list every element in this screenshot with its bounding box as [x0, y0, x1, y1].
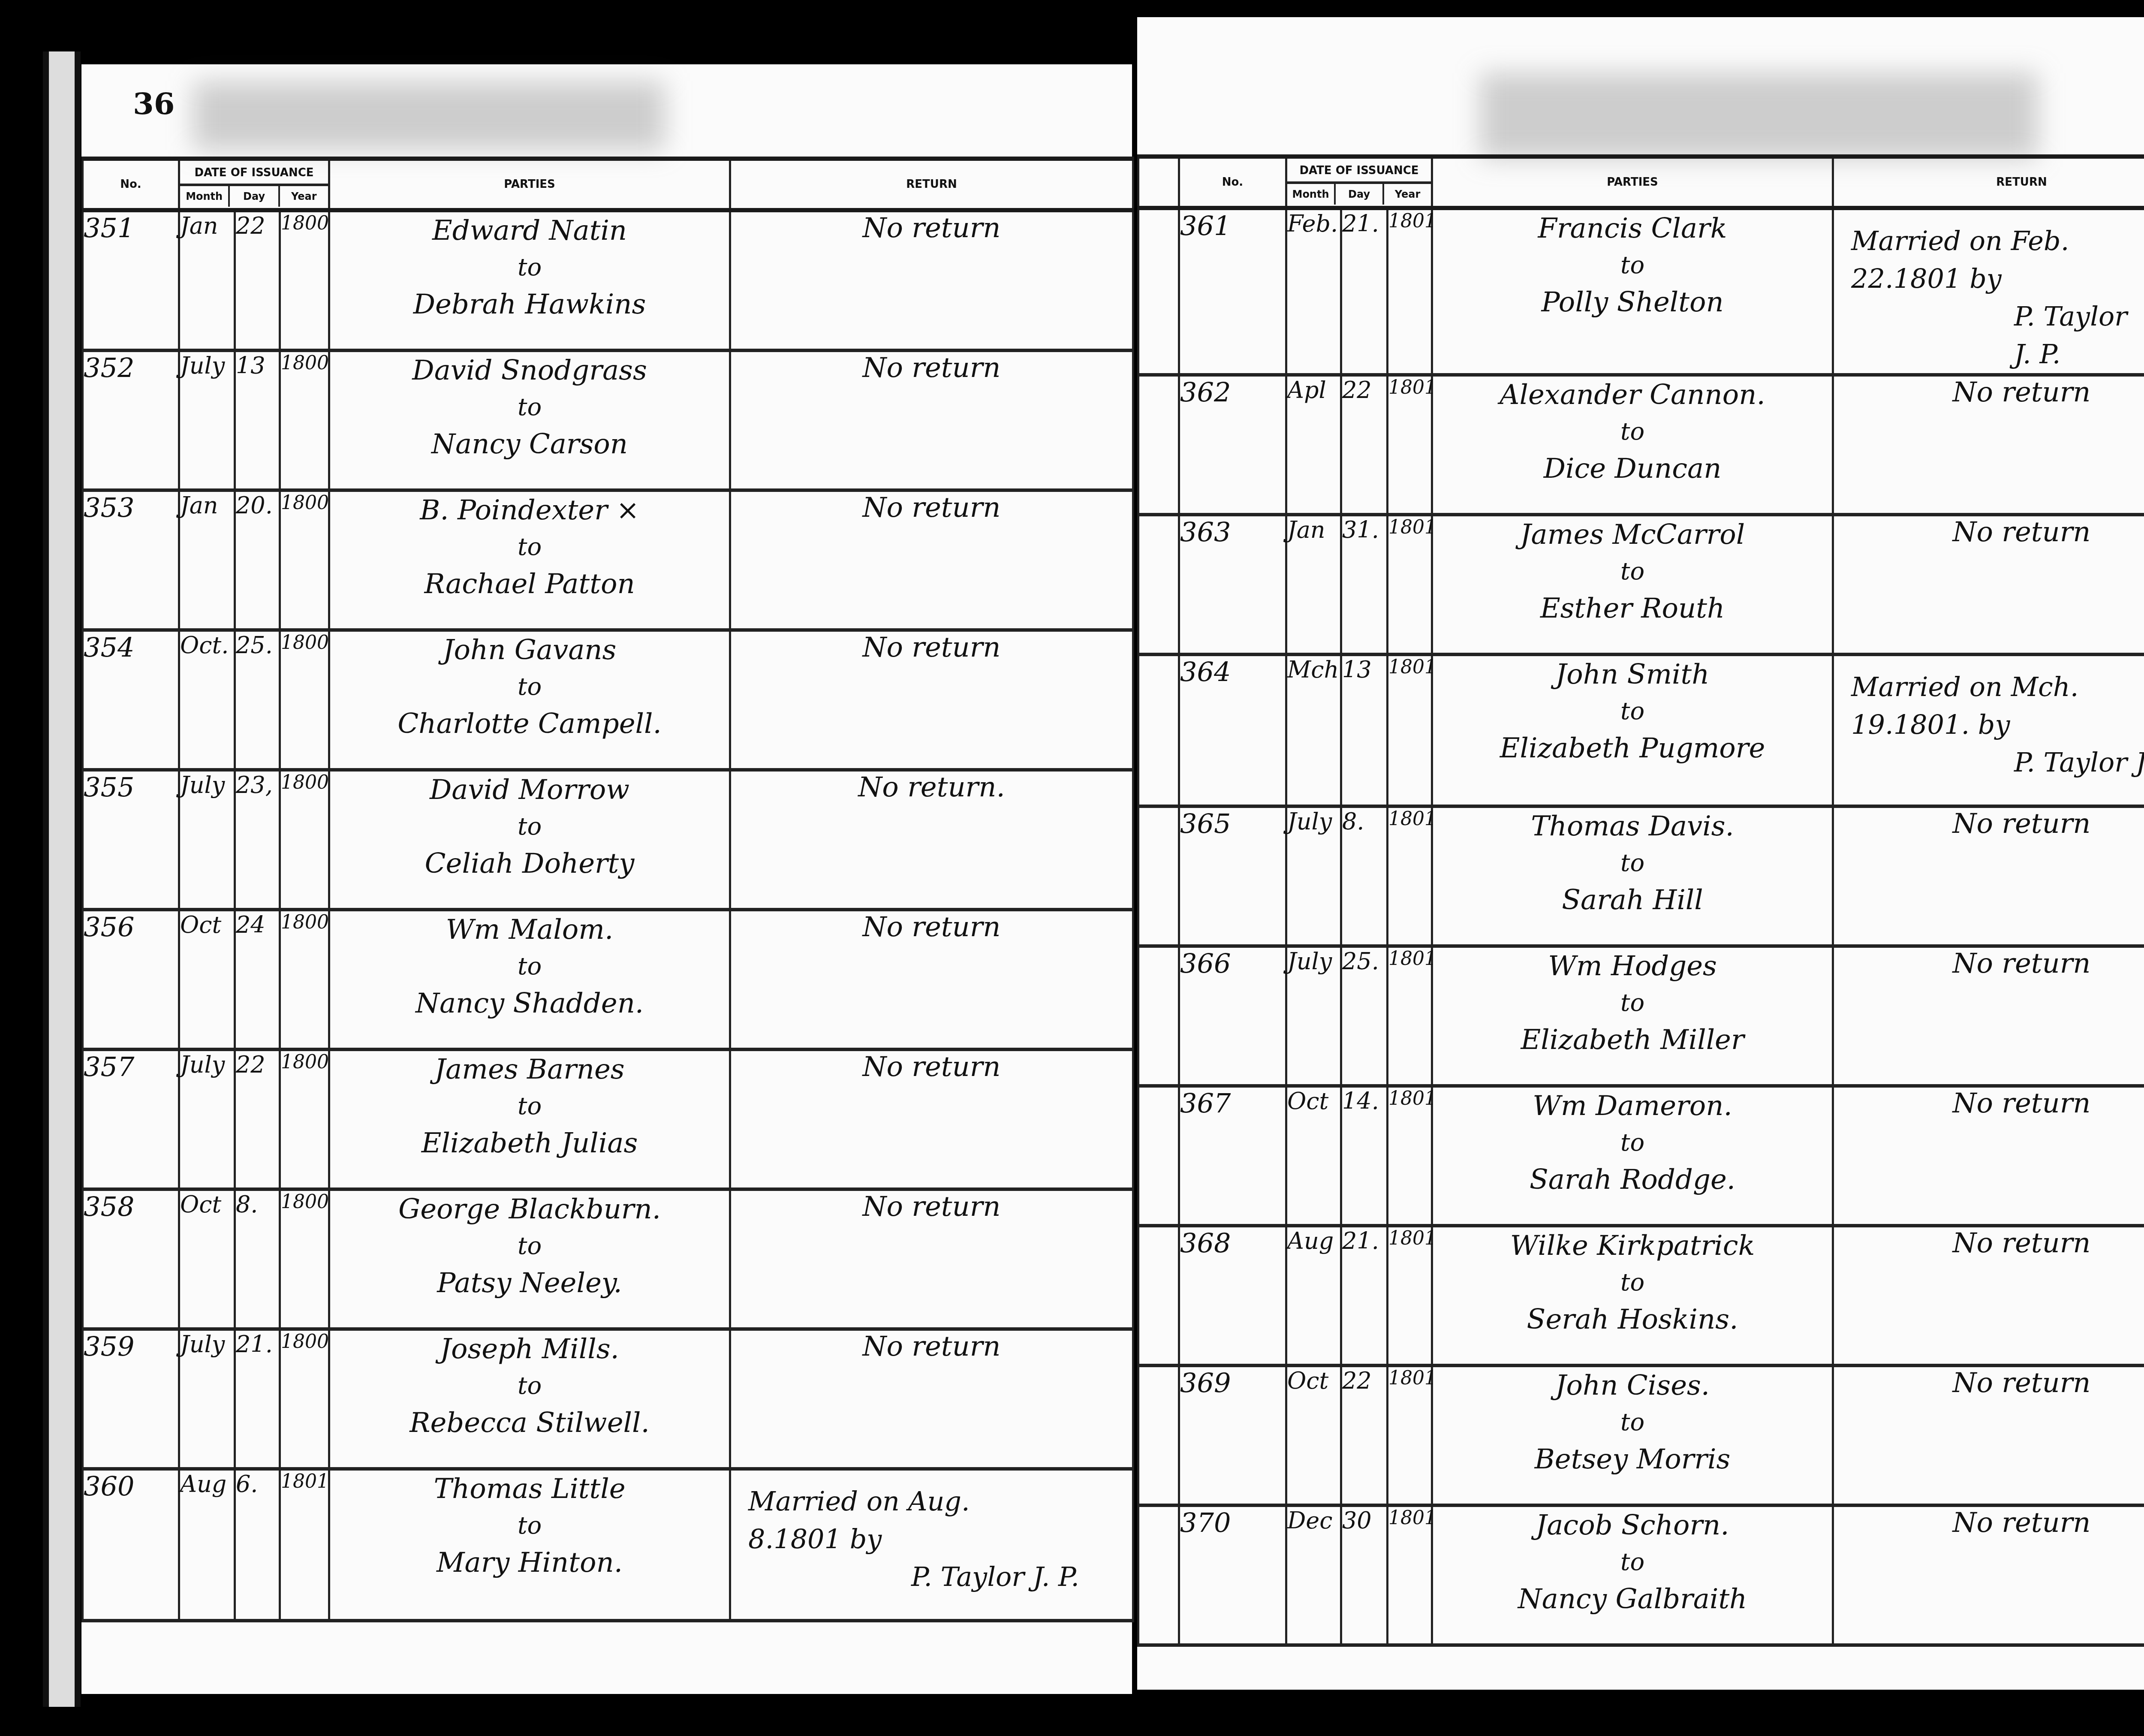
entry-year: 1801 — [280, 1469, 329, 1621]
groom-name: James McCarrol — [1520, 519, 1745, 551]
entry-parties: George Blackburn. to Patsy Neeley. — [329, 1189, 730, 1329]
return-line: P. Taylor J. P. — [748, 1558, 1123, 1596]
entry-day: 25. — [1341, 946, 1388, 1086]
bride-name: Elizabeth Julias — [422, 1127, 638, 1159]
entry-return: Married on Feb.22.1801 byP. TaylorJ. P. — [1833, 208, 2144, 375]
entry-month: Dec — [1286, 1505, 1341, 1645]
entry-year: 1801 — [1388, 375, 1432, 515]
entry-parties: David Morrow to Celiah Doherty — [329, 770, 730, 910]
entry-number: 369 — [1179, 1365, 1286, 1505]
entry-month: July — [179, 1329, 235, 1469]
connector-to: to — [330, 1507, 729, 1544]
entry-number: 358 — [83, 1189, 179, 1329]
entry-year: 1800 — [280, 1329, 329, 1469]
register-entry: 353 Jan 20. 1800 B. Poindexter × to Rach… — [83, 490, 1133, 630]
entry-return: No return — [730, 490, 1133, 630]
groom-name: Edward Natin — [432, 215, 627, 247]
gutter-cell — [1138, 946, 1179, 1086]
entry-return: No return — [1833, 375, 2144, 515]
entry-parties: Thomas Davis. to Sarah Hill — [1432, 806, 1833, 946]
groom-name: John Cises. — [1555, 1370, 1710, 1401]
entry-parties: John Gavans to Charlotte Campell. — [329, 630, 730, 770]
entry-year: 1800 — [280, 630, 329, 770]
entry-day: 22 — [1341, 1365, 1388, 1505]
groom-name: Alexander Cannon. — [1500, 379, 1765, 411]
entry-number: 370 — [1179, 1505, 1286, 1645]
date-of-issuance-label: DATE OF ISSUANCE — [180, 162, 328, 184]
connector-to: to — [1433, 985, 1832, 1022]
col-header-day: Day — [1334, 184, 1382, 205]
entry-number: 365 — [1179, 806, 1286, 946]
gutter-cell — [1138, 654, 1179, 806]
bride-name: Celiah Doherty — [425, 848, 635, 880]
entry-return: No return — [730, 1189, 1133, 1329]
groom-name: Wm Hodges — [1548, 950, 1717, 982]
entry-day: 22 — [1341, 375, 1388, 515]
left-entries: 351 Jan 22 1800 Edward Natin to Debrah H… — [83, 210, 1133, 1621]
left-page: 36 No. DATE OF ISSUANCE Month Day Year P… — [81, 64, 1132, 1694]
groom-name: Wilke Kirkpatrick — [1510, 1230, 1755, 1262]
entry-parties: David Snodgrass to Nancy Carson — [329, 350, 730, 490]
bride-name: Sarah Hill — [1562, 884, 1703, 916]
entry-month: Jan — [179, 490, 235, 630]
entry-month: July — [179, 1049, 235, 1189]
entry-return: Married on Aug.8.1801 byP. Taylor J. P. — [730, 1469, 1133, 1621]
bride-name: Rebecca Stilwell. — [410, 1407, 650, 1439]
gutter-cell — [1138, 1505, 1179, 1645]
connector-to: to — [1433, 1124, 1832, 1161]
entry-return: No return — [1833, 1226, 2144, 1365]
col-header-month: Month — [180, 186, 228, 207]
return-line: P. Taylor J.P. — [1851, 744, 2144, 781]
entry-day: 14. — [1341, 1086, 1388, 1226]
return-line: Married on Aug. — [748, 1483, 1123, 1520]
gutter-cell — [1138, 1365, 1179, 1505]
entry-return: No return — [730, 1049, 1133, 1189]
groom-name: Wm Dameron. — [1533, 1090, 1732, 1122]
entry-parties: Wm Hodges to Elizabeth Miller — [1432, 946, 1833, 1086]
entry-return: No return — [1833, 1086, 2144, 1226]
entry-parties: Wm Dameron. to Sarah Roddge. — [1432, 1086, 1833, 1226]
groom-name: James Barnes — [434, 1054, 624, 1085]
connector-to: to — [330, 1228, 729, 1265]
register-entry: 360 Aug 6. 1801 Thomas Little to Mary Hi… — [83, 1469, 1133, 1621]
right-entries: 361 Feb. 21. 1801 Francis Clark to Polly… — [1138, 208, 2144, 1645]
entry-return: No return. — [730, 770, 1133, 910]
groom-name: Francis Clark — [1538, 213, 1727, 244]
entry-number: 352 — [83, 350, 179, 490]
entry-parties: Joseph Mills. to Rebecca Stilwell. — [329, 1329, 730, 1469]
connector-to: to — [330, 1088, 729, 1125]
bride-name: Serah Hoskins. — [1527, 1304, 1738, 1335]
entry-year: 1800 — [280, 210, 329, 350]
entry-parties: Alexander Cannon. to Dice Duncan — [1432, 375, 1833, 515]
bride-name: Nancy Galbraith — [1518, 1583, 1747, 1615]
entry-return: Married on Mch.19.1801. byP. Taylor J.P. — [1833, 654, 2144, 806]
register-entry: 369 Oct 22 1801 John Cises. to Betsey Mo… — [1138, 1365, 2144, 1505]
col-header-year: Year — [278, 186, 328, 207]
entry-number: 354 — [83, 630, 179, 770]
entry-return: No return — [1833, 806, 2144, 946]
connector-to: to — [330, 529, 729, 566]
entry-number: 368 — [1179, 1226, 1286, 1365]
entry-day: 31. — [1341, 515, 1388, 654]
connector-to: to — [1433, 1544, 1832, 1581]
entry-month: July — [179, 350, 235, 490]
entry-parties: James Barnes to Elizabeth Julias — [329, 1049, 730, 1189]
register-entry: 359 July 21. 1800 Joseph Mills. to Rebec… — [83, 1329, 1133, 1469]
entry-return: No return — [1833, 515, 2144, 654]
col-header-month: Month — [1287, 184, 1334, 205]
groom-name: David Morrow — [430, 774, 629, 806]
register-entry: 355 July 23, 1800 David Morrow to Celiah… — [83, 770, 1133, 910]
entry-month: Jan — [179, 210, 235, 350]
date-of-issuance-label: DATE OF ISSUANCE — [1287, 160, 1431, 181]
entry-year: 1801 — [1388, 1505, 1432, 1645]
entry-day: 21. — [1341, 208, 1388, 375]
entry-number: 367 — [1179, 1086, 1286, 1226]
entry-year: 1801 — [1388, 208, 1432, 375]
entry-number: 353 — [83, 490, 179, 630]
entry-return: No return — [730, 630, 1133, 770]
entry-year: 1801 — [1388, 946, 1432, 1086]
register-table-right: No. DATE OF ISSUANCE Month Day Year PART… — [1137, 154, 2144, 1647]
register-entry: 365 July 8. 1801 Thomas Davis. to Sarah … — [1138, 806, 2144, 946]
bride-name: Nancy Shadden. — [416, 988, 644, 1019]
date-subheaders: Month Day Year — [180, 184, 328, 207]
entry-year: 1800 — [280, 490, 329, 630]
entry-number: 364 — [1179, 654, 1286, 806]
register-entry: 370 Dec 30 1801 Jacob Schorn. to Nancy G… — [1138, 1505, 2144, 1645]
connector-to: to — [1433, 845, 1832, 882]
page-smudge — [1480, 73, 2038, 159]
entry-day: 25. — [235, 630, 280, 770]
return-line: J. P. — [1851, 335, 2144, 373]
gutter-cell — [1138, 1086, 1179, 1226]
right-page: 37 No. DATE OF ISSUANCE Month Day Year P… — [1137, 17, 2144, 1690]
bride-name: Sarah Roddge. — [1530, 1164, 1735, 1196]
col-header-return: RETURN — [1833, 157, 2144, 208]
entry-month: Oct — [179, 910, 235, 1049]
entry-parties: John Smith to Elizabeth Pugmore — [1432, 654, 1833, 806]
entry-year: 1801 — [1388, 515, 1432, 654]
entry-return: No return — [730, 350, 1133, 490]
entry-year: 1800 — [280, 1189, 329, 1329]
entry-day: 21. — [235, 1329, 280, 1469]
bride-name: Charlotte Campell. — [397, 708, 662, 740]
col-header-return: RETURN — [730, 159, 1133, 210]
entry-number: 361 — [1179, 208, 1286, 375]
entry-number: 357 — [83, 1049, 179, 1189]
entry-year: 1800 — [280, 770, 329, 910]
entry-year: 1800 — [280, 350, 329, 490]
entry-parties: Edward Natin to Debrah Hawkins — [329, 210, 730, 350]
entry-year: 1801 — [1388, 806, 1432, 946]
entry-parties: Francis Clark to Polly Shelton — [1432, 208, 1833, 375]
groom-name: Thomas Little — [434, 1473, 625, 1505]
bride-name: Betsey Morris — [1535, 1444, 1730, 1475]
gutter-cell — [1138, 515, 1179, 654]
entry-year: 1801 — [1388, 1365, 1432, 1505]
bride-name: Debrah Hawkins — [413, 289, 646, 320]
col-header-date: DATE OF ISSUANCE Month Day Year — [1286, 157, 1432, 208]
entry-month: Oct. — [179, 630, 235, 770]
entry-day: 8. — [1341, 806, 1388, 946]
entry-parties: Wilke Kirkpatrick to Serah Hoskins. — [1432, 1226, 1833, 1365]
gutter-cell — [1138, 806, 1179, 946]
entry-return: No return — [730, 1329, 1133, 1469]
col-header-parties: PARTIES — [329, 159, 730, 210]
bride-name: Elizabeth Miller — [1521, 1024, 1744, 1056]
entry-month: Apl — [1286, 375, 1341, 515]
entry-number: 366 — [1179, 946, 1286, 1086]
register-entry: 357 July 22 1800 James Barnes to Elizabe… — [83, 1049, 1133, 1189]
entry-day: 24 — [235, 910, 280, 1049]
groom-name: John Smith — [1556, 659, 1710, 690]
col-header-year: Year — [1382, 184, 1431, 205]
entry-month: Aug — [179, 1469, 235, 1621]
entry-month: Feb. — [1286, 208, 1341, 375]
entry-day: 13 — [235, 350, 280, 490]
connector-to: to — [1433, 553, 1832, 590]
register-entry: 363 Jan 31. 1801 James McCarrol to Esthe… — [1138, 515, 2144, 654]
gutter-cell — [1138, 208, 1179, 375]
entry-return: No return — [730, 910, 1133, 1049]
col-header-date: DATE OF ISSUANCE Month Day Year — [179, 159, 329, 210]
return-line: 22.1801 by — [1851, 260, 2144, 298]
entry-parties: Wm Malom. to Nancy Shadden. — [329, 910, 730, 1049]
entry-day: 13 — [1341, 654, 1388, 806]
connector-to: to — [330, 669, 729, 705]
entry-parties: Jacob Schorn. to Nancy Galbraith — [1432, 1505, 1833, 1645]
groom-name: B. Poindexter × — [420, 494, 639, 526]
register-entry: 364 Mch 13 1801 John Smith to Elizabeth … — [1138, 654, 2144, 806]
date-subheaders: Month Day Year — [1287, 181, 1431, 205]
connector-to: to — [330, 808, 729, 845]
connector-to: to — [330, 389, 729, 426]
entry-day: 30 — [1341, 1505, 1388, 1645]
gutter-cell — [1138, 1226, 1179, 1365]
entry-day: 21. — [1341, 1226, 1388, 1365]
groom-name: John Gavans — [443, 634, 617, 666]
entry-parties: James McCarrol to Esther Routh — [1432, 515, 1833, 654]
entry-month: Oct — [179, 1189, 235, 1329]
entry-parties: B. Poindexter × to Rachael Patton — [329, 490, 730, 630]
book-binding-left — [43, 51, 81, 1707]
return-line: 19.1801. by — [1851, 706, 2144, 744]
entry-day: 20. — [235, 490, 280, 630]
entry-number: 355 — [83, 770, 179, 910]
connector-to: to — [1433, 1264, 1832, 1301]
entry-number: 359 — [83, 1329, 179, 1469]
entry-number: 356 — [83, 910, 179, 1049]
entry-year: 1801 — [1388, 654, 1432, 806]
entry-month: Aug — [1286, 1226, 1341, 1365]
connector-to: to — [1433, 413, 1832, 450]
register-entry: 352 July 13 1800 David Snodgrass to Nanc… — [83, 350, 1133, 490]
return-line: P. Taylor — [1851, 298, 2144, 335]
groom-name: Thomas Davis. — [1531, 811, 1734, 842]
bride-name: Elizabeth Pugmore — [1500, 732, 1765, 764]
register-entry: 351 Jan 22 1800 Edward Natin to Debrah H… — [83, 210, 1133, 350]
bride-name: Mary Hinton. — [437, 1547, 623, 1579]
return-line: 8.1801 by — [748, 1520, 1123, 1558]
bride-name: Polly Shelton — [1541, 286, 1723, 318]
gutter-column — [1138, 157, 1179, 208]
page-smudge — [193, 81, 665, 150]
return-line: Married on Feb. — [1851, 222, 2144, 260]
entry-number: 351 — [83, 210, 179, 350]
return-line: Married on Mch. — [1851, 668, 2144, 706]
col-header-day: Day — [228, 186, 278, 207]
entry-day: 6. — [235, 1469, 280, 1621]
register-entry: 361 Feb. 21. 1801 Francis Clark to Polly… — [1138, 208, 2144, 375]
entry-month: Oct — [1286, 1086, 1341, 1226]
entry-day: 22 — [235, 1049, 280, 1189]
connector-to: to — [330, 948, 729, 985]
entry-return: No return — [1833, 1365, 2144, 1505]
gutter-cell — [1138, 375, 1179, 515]
entry-year: 1800 — [280, 1049, 329, 1189]
entry-number: 363 — [1179, 515, 1286, 654]
entry-return: No return — [730, 210, 1133, 350]
register-entry: 368 Aug 21. 1801 Wilke Kirkpatrick to Se… — [1138, 1226, 2144, 1365]
entry-month: Oct — [1286, 1365, 1341, 1505]
bride-name: Rachael Patton — [424, 568, 635, 600]
bride-name: Dice Duncan — [1544, 453, 1722, 485]
register-entry: 366 July 25. 1801 Wm Hodges to Elizabeth… — [1138, 946, 2144, 1086]
connector-to: to — [1433, 693, 1832, 730]
register-entry: 356 Oct 24 1800 Wm Malom. to Nancy Shadd… — [83, 910, 1133, 1049]
groom-name: David Snodgrass — [412, 355, 647, 386]
register-entry: 358 Oct 8. 1800 George Blackburn. to Pat… — [83, 1189, 1133, 1329]
col-header-no: No. — [1179, 157, 1286, 208]
entry-month: July — [1286, 946, 1341, 1086]
col-header-parties: PARTIES — [1432, 157, 1833, 208]
groom-name: Wm Malom. — [446, 914, 614, 946]
register-table-left: No. DATE OF ISSUANCE Month Day Year PART… — [81, 157, 1134, 1622]
connector-to: to — [330, 249, 729, 286]
groom-name: Jacob Schorn. — [1536, 1510, 1729, 1541]
bride-name: Patsy Neeley. — [437, 1267, 622, 1299]
entry-year: 1801 — [1388, 1086, 1432, 1226]
entry-parties: Thomas Little to Mary Hinton. — [329, 1469, 730, 1621]
register-entry: 354 Oct. 25. 1800 John Gavans to Charlot… — [83, 630, 1133, 770]
entry-number: 362 — [1179, 375, 1286, 515]
entry-month: Jan — [1286, 515, 1341, 654]
connector-to: to — [330, 1368, 729, 1404]
entry-month: July — [179, 770, 235, 910]
bride-name: Nancy Carson — [431, 428, 628, 460]
connector-to: to — [1433, 1404, 1832, 1441]
entry-return: No return — [1833, 946, 2144, 1086]
entry-day: 8. — [235, 1189, 280, 1329]
register-entry: 362 Apl 22 1801 Alexander Cannon. to Dic… — [1138, 375, 2144, 515]
entry-year: 1800 — [280, 910, 329, 1049]
entry-day: 23, — [235, 770, 280, 910]
bride-name: Esther Routh — [1540, 593, 1725, 624]
entry-month: Mch — [1286, 654, 1341, 806]
groom-name: George Blackburn. — [398, 1193, 661, 1225]
groom-name: Joseph Mills. — [440, 1333, 619, 1365]
entry-number: 360 — [83, 1469, 179, 1621]
col-header-no: No. — [83, 159, 179, 210]
entry-return: No return — [1833, 1505, 2144, 1645]
entry-parties: John Cises. to Betsey Morris — [1432, 1365, 1833, 1505]
page-number-left: 36 — [133, 86, 175, 121]
entry-year: 1801 — [1388, 1226, 1432, 1365]
entry-day: 22 — [235, 210, 280, 350]
entry-month: July — [1286, 806, 1341, 946]
register-entry: 367 Oct 14. 1801 Wm Dameron. to Sarah Ro… — [1138, 1086, 2144, 1226]
connector-to: to — [1433, 247, 1832, 284]
